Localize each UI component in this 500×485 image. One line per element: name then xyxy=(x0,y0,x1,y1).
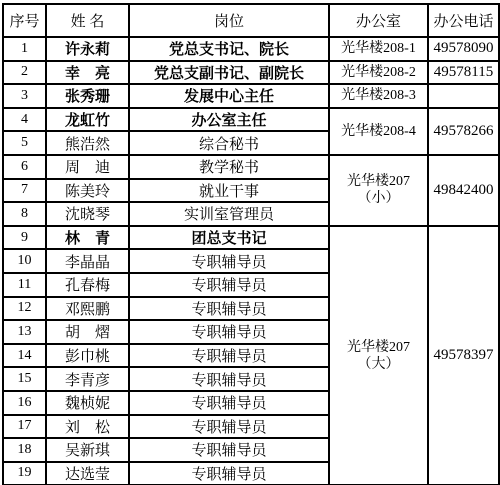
cell-name: 胡 熠 xyxy=(46,320,129,344)
header-no: 序号 xyxy=(3,4,46,37)
cell-name: 彭巾桃 xyxy=(46,344,129,368)
cell-position: 专职辅导员 xyxy=(129,462,329,485)
staff-table: 序号 姓 名 岗位 办公室 办公电话 1 许永莉 党总支书记、院长 光华楼208… xyxy=(2,3,500,485)
cell-position: 教学秘书 xyxy=(129,155,329,179)
header-row: 序号 姓 名 岗位 办公室 办公电话 xyxy=(3,4,499,37)
cell-no: 9 xyxy=(3,226,46,250)
cell-phone: 49578090 xyxy=(428,37,499,61)
cell-phone: 49842400 xyxy=(428,155,499,226)
cell-name: 吴新琪 xyxy=(46,438,129,462)
cell-name: 魏桢妮 xyxy=(46,391,129,415)
cell-office: 光华楼208-2 xyxy=(329,61,428,85)
header-phone: 办公电话 xyxy=(428,4,499,37)
cell-no: 16 xyxy=(3,391,46,415)
cell-name: 沈晓琴 xyxy=(46,202,129,226)
cell-office: 光华楼207 （大） xyxy=(329,226,428,485)
cell-phone: 49578115 xyxy=(428,61,499,85)
cell-position: 专职辅导员 xyxy=(129,367,329,391)
cell-no: 15 xyxy=(3,367,46,391)
cell-position: 专职辅导员 xyxy=(129,438,329,462)
cell-name: 邓熙鹏 xyxy=(46,297,129,321)
cell-no: 6 xyxy=(3,155,46,179)
cell-no: 5 xyxy=(3,131,46,155)
cell-no: 4 xyxy=(3,108,46,132)
cell-name: 陈美玲 xyxy=(46,179,129,203)
cell-name: 周 迪 xyxy=(46,155,129,179)
cell-position: 专职辅导员 xyxy=(129,415,329,439)
cell-position: 办公室主任 xyxy=(129,108,329,132)
cell-position: 专职辅导员 xyxy=(129,273,329,297)
cell-name: 龙虹竹 xyxy=(46,108,129,132)
cell-position: 实训室管理员 xyxy=(129,202,329,226)
cell-name: 许永莉 xyxy=(46,37,129,61)
cell-office: 光华楼208-1 xyxy=(329,37,428,61)
cell-name: 刘 松 xyxy=(46,415,129,439)
table-row: 4 龙虹竹 办公室主任 光华楼208-4 49578266 xyxy=(3,108,499,132)
cell-position: 团总支书记 xyxy=(129,226,329,250)
table-row: 2 幸 亮 党总支副书记、副院长 光华楼208-2 49578115 xyxy=(3,61,499,85)
cell-name: 李青彦 xyxy=(46,367,129,391)
cell-no: 17 xyxy=(3,415,46,439)
table-row: 6 周 迪 教学秘书 光华楼207 （小） 49842400 xyxy=(3,155,499,179)
cell-office: 光华楼208-4 xyxy=(329,108,428,155)
header-office: 办公室 xyxy=(329,4,428,37)
cell-position: 发展中心主任 xyxy=(129,84,329,108)
cell-position: 专职辅导员 xyxy=(129,320,329,344)
cell-name: 熊浩然 xyxy=(46,131,129,155)
table-row: 9 林 青 团总支书记 光华楼207 （大） 49578397 xyxy=(3,226,499,250)
cell-no: 2 xyxy=(3,61,46,85)
cell-position: 专职辅导员 xyxy=(129,249,329,273)
cell-name: 李晶晶 xyxy=(46,249,129,273)
cell-position: 综合秘书 xyxy=(129,131,329,155)
cell-position: 就业干事 xyxy=(129,179,329,203)
cell-position: 专职辅导员 xyxy=(129,391,329,415)
cell-name: 林 青 xyxy=(46,226,129,250)
cell-no: 7 xyxy=(3,179,46,203)
cell-name: 幸 亮 xyxy=(46,61,129,85)
cell-name: 达选莹 xyxy=(46,462,129,485)
cell-office: 光华楼207 （小） xyxy=(329,155,428,226)
table-row: 1 许永莉 党总支书记、院长 光华楼208-1 49578090 xyxy=(3,37,499,61)
cell-position: 专职辅导员 xyxy=(129,297,329,321)
cell-no: 13 xyxy=(3,320,46,344)
cell-phone: 49578397 xyxy=(428,226,499,485)
cell-name: 张秀珊 xyxy=(46,84,129,108)
cell-phone: 49578266 xyxy=(428,108,499,155)
cell-no: 12 xyxy=(3,297,46,321)
cell-no: 14 xyxy=(3,344,46,368)
cell-no: 11 xyxy=(3,273,46,297)
cell-position: 党总支书记、院长 xyxy=(129,37,329,61)
cell-no: 10 xyxy=(3,249,46,273)
cell-position: 党总支副书记、副院长 xyxy=(129,61,329,85)
table-row: 3 张秀珊 发展中心主任 光华楼208-3 xyxy=(3,84,499,108)
header-name: 姓 名 xyxy=(46,4,129,37)
cell-office: 光华楼208-3 xyxy=(329,84,428,108)
cell-no: 18 xyxy=(3,438,46,462)
cell-name: 孔春梅 xyxy=(46,273,129,297)
cell-phone xyxy=(428,84,499,108)
cell-no: 1 xyxy=(3,37,46,61)
header-position: 岗位 xyxy=(129,4,329,37)
cell-no: 19 xyxy=(3,462,46,485)
cell-position: 专职辅导员 xyxy=(129,344,329,368)
cell-no: 8 xyxy=(3,202,46,226)
cell-no: 3 xyxy=(3,84,46,108)
